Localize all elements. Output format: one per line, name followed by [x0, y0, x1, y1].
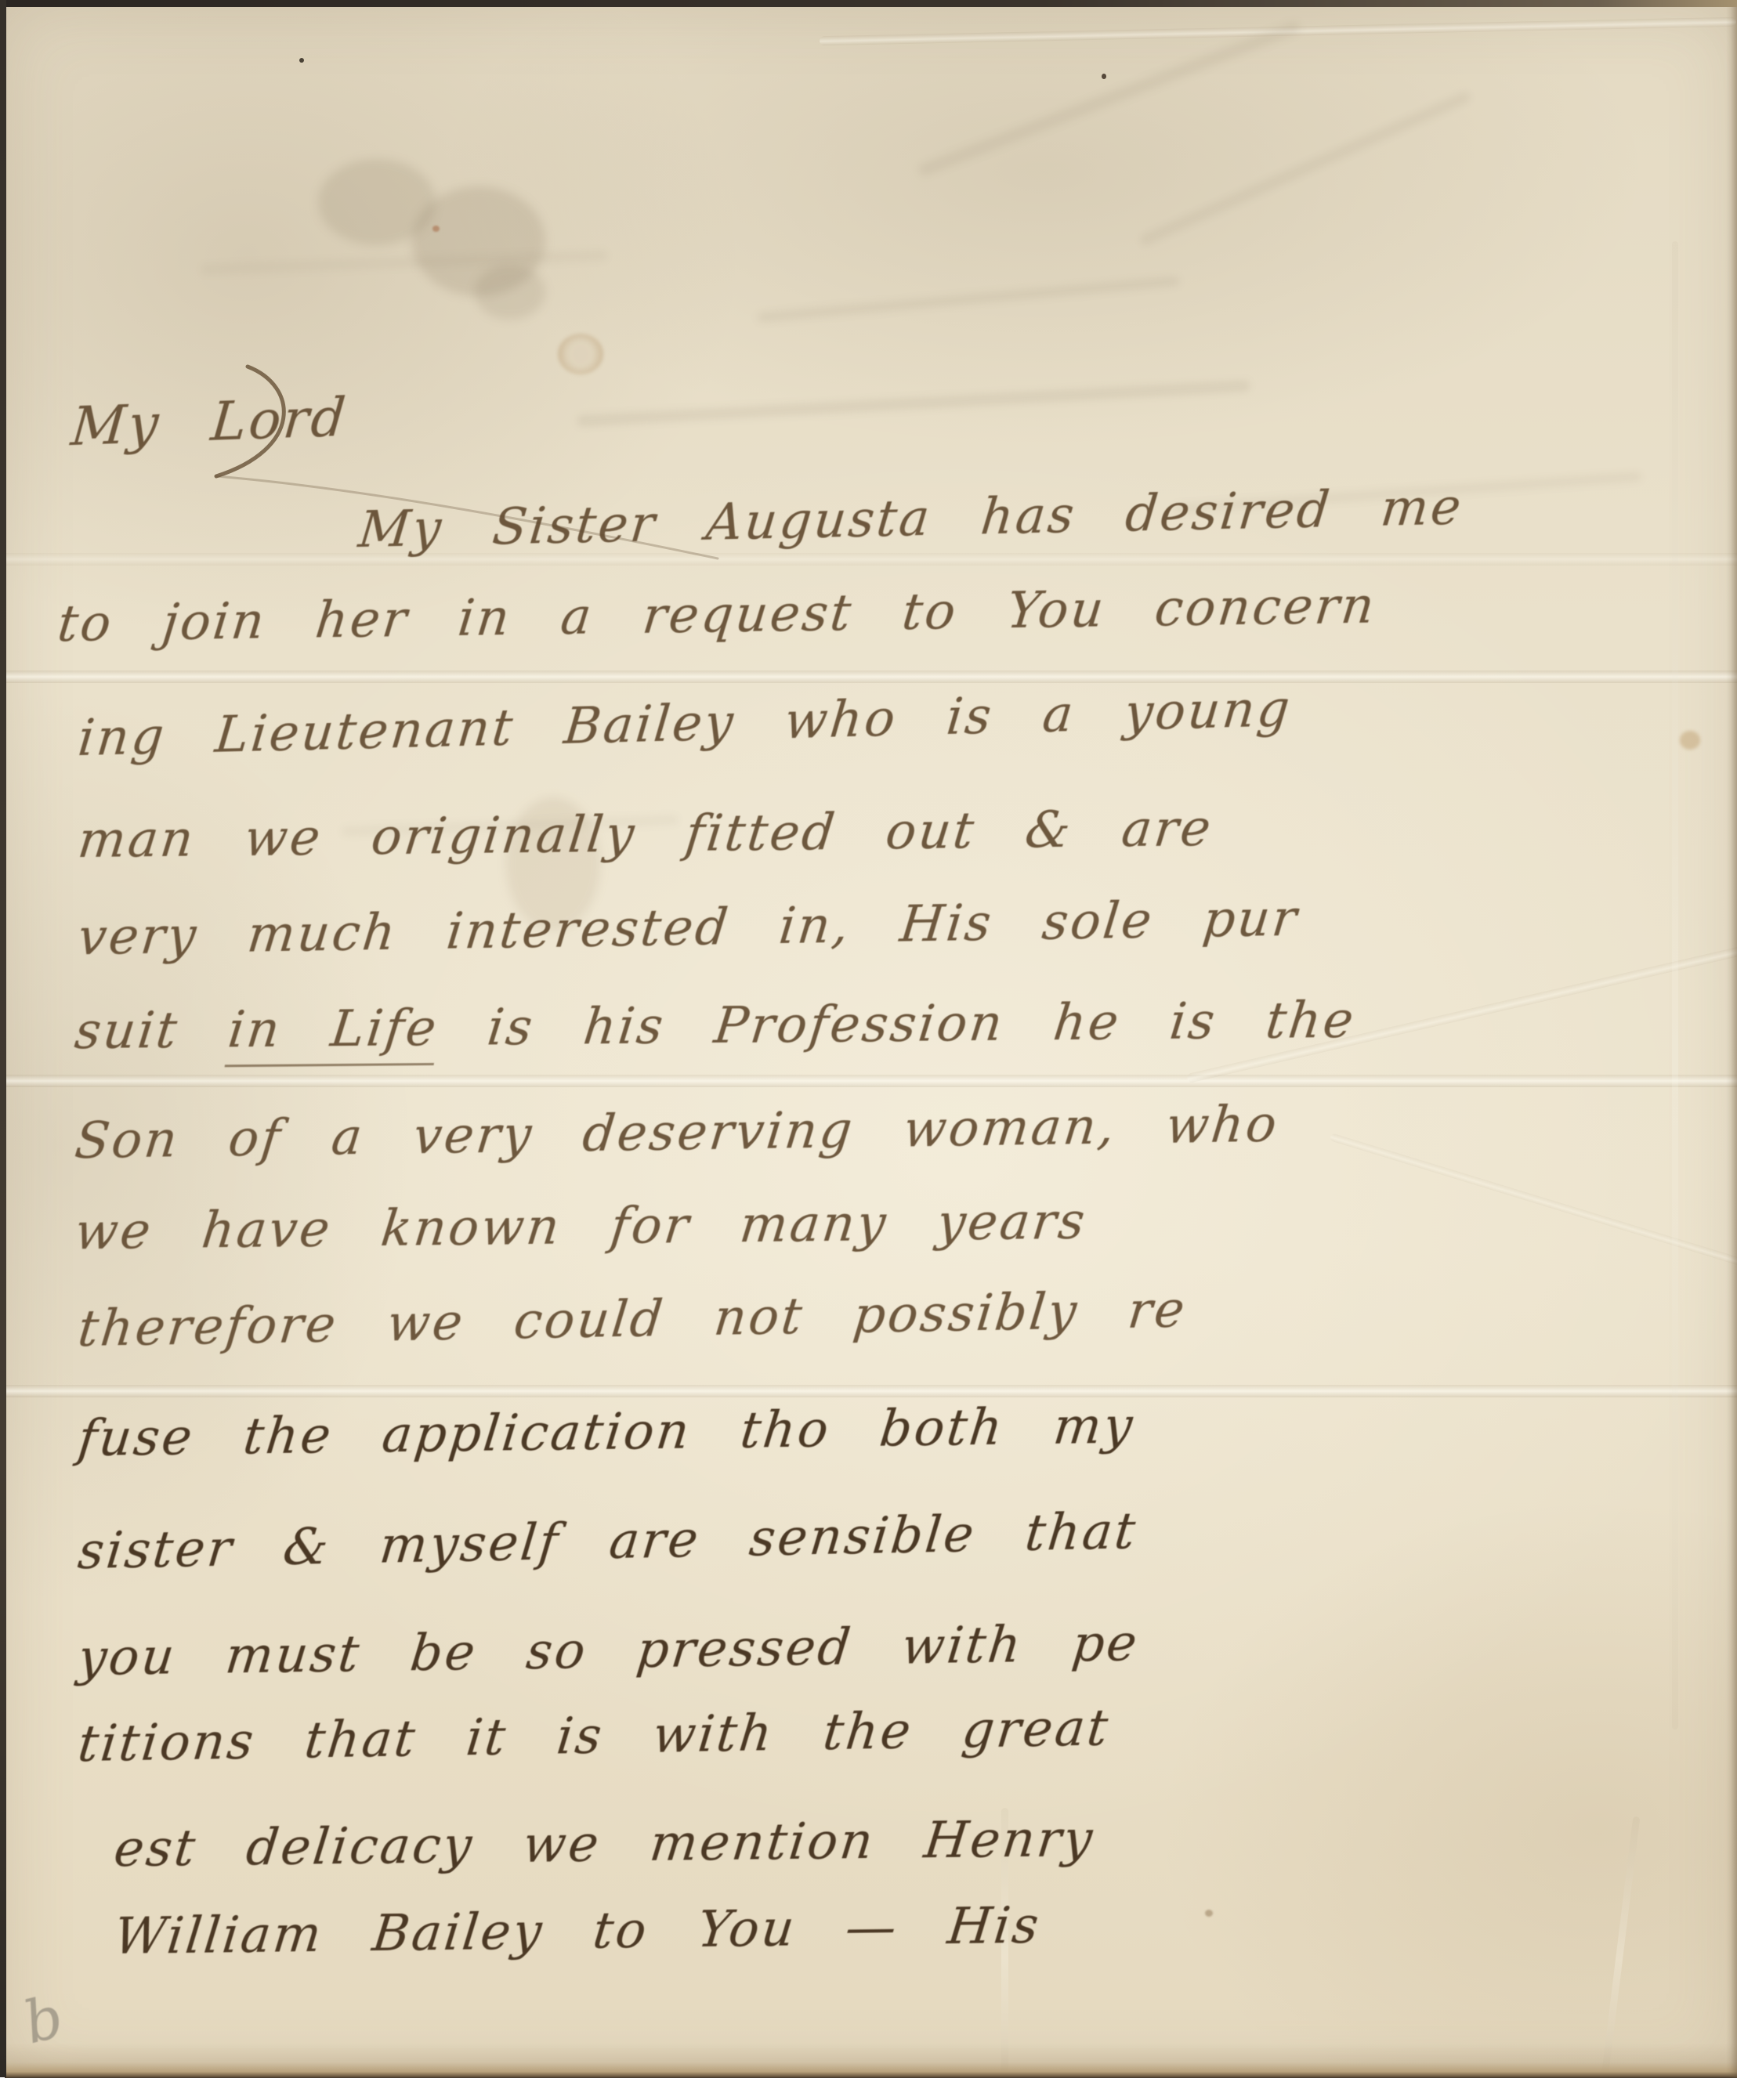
line-text: William Bailey to You — His	[111, 1897, 1044, 1967]
line-text: is his Profession he is the	[435, 992, 1359, 1057]
fold-crease-vertical	[1601, 1816, 1641, 2078]
showthrough-mark	[1138, 90, 1472, 247]
showthrough-mark	[917, 20, 1301, 177]
ink-speck	[1102, 74, 1106, 79]
letter-line-13: titions that it is with the great	[75, 1699, 1113, 1773]
fold-crease	[5, 1385, 1737, 1397]
fold-crease	[5, 1075, 1737, 1087]
scan-edge-top	[0, 0, 1737, 7]
line-text: very much interested in, His sole pur	[75, 889, 1301, 967]
letter-line-8: we have known for many years	[72, 1192, 1090, 1261]
line-text: Son of a very deserving woman, who	[72, 1095, 1282, 1170]
letter-line-7: Son of a very deserving woman, who	[72, 1095, 1282, 1170]
line-text: therefore we could not possibly re	[75, 1281, 1189, 1358]
paper-bottom-edge	[5, 2043, 1737, 2078]
line-text: titions that it is with the great	[75, 1699, 1113, 1773]
ink-speck	[299, 58, 304, 63]
line-text: fuse the application tho both my	[75, 1397, 1138, 1468]
line-text: man we originally fitted out & are	[75, 800, 1216, 869]
letter-page: My Lord My Sister Augusta has desired me…	[5, 6, 1737, 2078]
letter-line-10: fuse the application tho both my	[75, 1397, 1138, 1468]
letter-line-6: suit in Life is his Profession he is the	[72, 992, 1359, 1061]
letter-line-4: man we originally fitted out & are	[75, 800, 1216, 869]
line-text: you must be so pressed with pe	[75, 1614, 1142, 1687]
line-text: to join her in a request to You concern	[55, 577, 1379, 653]
fold-crease-vertical	[1672, 241, 1678, 1730]
paper-stain	[475, 265, 545, 320]
letter-line-15: William Bailey to You — His	[111, 1897, 1044, 1967]
line-text: sister & myself are sensible that	[75, 1502, 1140, 1581]
showthrough-mark	[201, 250, 608, 275]
letter-line-9: therefore we could not possibly re	[75, 1281, 1189, 1358]
scan-edge-left	[0, 0, 6, 2077]
letter-line-3: ing Lieutenant Bailey who is a young	[75, 680, 1294, 768]
scanned-letter: My Lord My Sister Augusta has desired me…	[0, 0, 1737, 2100]
letter-line-14: est delicacy we mention Henry	[111, 1810, 1098, 1878]
paper-right-edge	[1726, 6, 1737, 2078]
showthrough-mark	[758, 276, 1180, 322]
letter-line-12: you must be so pressed with pe	[75, 1614, 1142, 1687]
fold-crease	[5, 670, 1737, 683]
ink-speck	[1205, 1910, 1213, 1917]
letter-line-11: sister & myself are sensible that	[75, 1502, 1140, 1581]
line-text: we have known for many years	[72, 1192, 1090, 1261]
line-text: suit	[72, 1001, 232, 1061]
letter-line-2: to join her in a request to You concern	[55, 577, 1379, 653]
line-text: est delicacy we mention Henry	[111, 1810, 1098, 1878]
letter-line-5: very much interested in, His sole pur	[75, 889, 1301, 967]
line-text: ing Lieutenant Bailey who is a young	[75, 680, 1294, 768]
ink-speck	[432, 226, 440, 232]
underlined-phrase: in Life	[224, 999, 441, 1067]
paper-stain	[1680, 731, 1700, 750]
